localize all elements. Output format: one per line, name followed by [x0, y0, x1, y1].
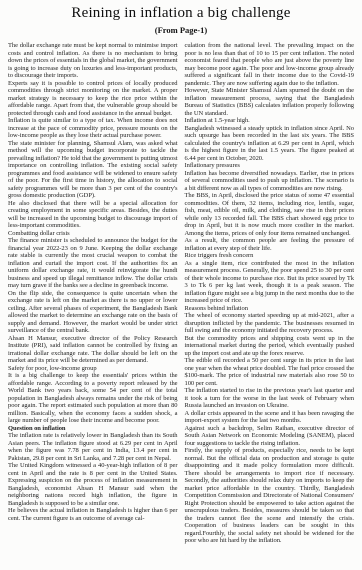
article-paragraph: The wheel of economy started speeding up… — [185, 312, 355, 335]
section-heading-question-on-inflation: Question on inflation — [8, 425, 178, 433]
article-paragraph: As a single item, rice contributed the m… — [185, 260, 355, 305]
article-paragraph: As a result, the common people are feeli… — [185, 237, 355, 252]
article-paragraph: The inflation started to rise in the pre… — [185, 387, 355, 410]
article-paragraph: The state minister for planning, Shamsul… — [8, 140, 178, 200]
article-continuation-note: (From Page-1) — [0, 25, 362, 35]
article-paragraph: The edible oil recorded a 50 per cent su… — [185, 357, 355, 387]
article-paragraph: The BBS, in April, disclosed the price s… — [185, 192, 355, 237]
article-paragraph: Inflation is quite similar to a type of … — [8, 117, 178, 140]
article-paragraph: The dollar exchange rate must be kept no… — [8, 42, 178, 80]
article-paragraph: Experts say it is possible to control pr… — [8, 80, 178, 118]
section-heading-safety-for-poor: Safety for poor, low-income group — [8, 365, 178, 373]
section-heading-rice-triggers-concern: Rice triggers fresh concern — [185, 252, 355, 260]
article-paragraph: But the commodity prices and shipping co… — [185, 335, 355, 358]
article-paragraph: He believes the actual inflation in Bang… — [8, 507, 178, 522]
article-paragraph: It is a big challenge to keep the essent… — [8, 372, 178, 425]
article-paragraph: On the flip side, the consequence is qui… — [8, 290, 178, 335]
newspaper-article-page: Reining in inflation a big challenge (Fr… — [0, 0, 362, 570]
article-paragraph: The finance minister is scheduled to ann… — [8, 237, 178, 290]
article-paragraph: Bangladesh witnessed a steady uptick in … — [185, 125, 355, 163]
section-heading-inflationary-pressures: Inflationary pressures — [185, 162, 355, 170]
article-paragraph: The United Kingdom witnessed a 40-year-h… — [8, 462, 178, 507]
article-paragraph: culation from the national level. The pr… — [185, 42, 355, 87]
article-body: The dollar exchange rate must be kept no… — [0, 35, 362, 545]
article-paragraph: He also disclosed that there will be a s… — [8, 200, 178, 230]
article-paragraph: Against such a backdrop, Selim Raihan, e… — [185, 425, 355, 448]
article-title: Reining in inflation a big challenge — [0, 5, 362, 22]
article-paragraph: The inflation rate is relatively lower i… — [8, 432, 178, 462]
section-heading-reasons-behind-inflation: Reasons behind inflation — [185, 305, 355, 313]
left-column: The dollar exchange rate must be kept no… — [8, 42, 178, 545]
section-heading-combatting-dollar-crisis: Combatting dollar crisis — [8, 230, 178, 238]
article-paragraph: Inflation has become diversified nowaday… — [185, 170, 355, 193]
article-paragraph: Firstly, the supply of products, especia… — [185, 447, 355, 545]
section-heading-inflation-high: Inflation at 1.5-year high. — [185, 117, 355, 125]
article-paragraph: However, State Minister Shamsul Alam spu… — [185, 87, 355, 117]
article-paragraph: Ahsan H Mansur, executive director of th… — [8, 335, 178, 365]
right-column: culation from the national level. The pr… — [185, 42, 355, 545]
article-paragraph: A dollar crisis appeared in the scene an… — [185, 410, 355, 425]
